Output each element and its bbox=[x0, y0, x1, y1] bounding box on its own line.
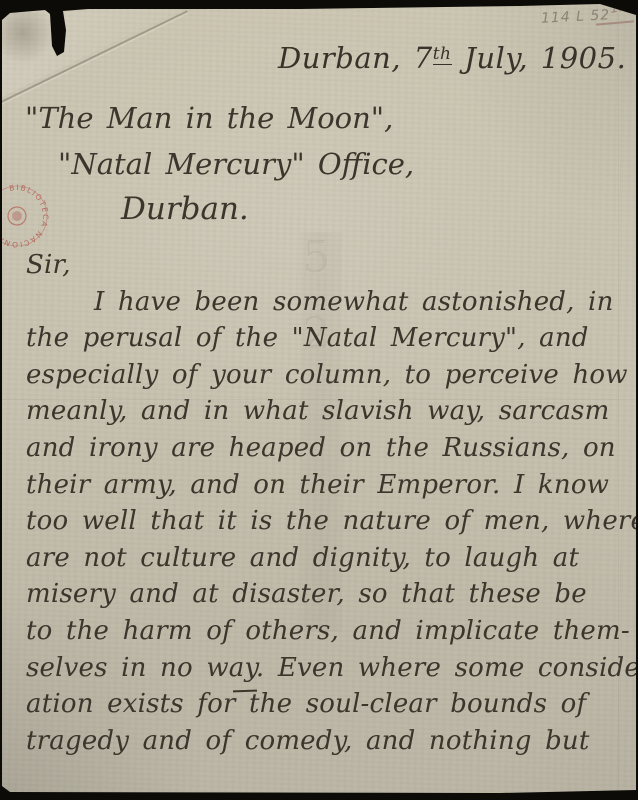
dateline: Durban, 7th July, 1905. bbox=[278, 41, 626, 75]
body-line: the perusal of the "Natal Mercury", and bbox=[26, 323, 622, 360]
recipient-line-3: Durban. bbox=[121, 191, 249, 227]
letter-body: Sir, I have been somewhat astonished, in… bbox=[26, 250, 622, 762]
svg-text:BIBLIOTECA NACIONAL: BIBLIOTECA NACIONAL bbox=[0, 172, 63, 263]
body-line: their army, and on their Emperor. I know bbox=[26, 470, 622, 507]
body-line: I have been somewhat astonished, in bbox=[26, 287, 622, 324]
body-line: ation exists for the soul-clear bounds o… bbox=[26, 689, 622, 726]
body-line: tragedy and of comedy, and nothing but bbox=[26, 726, 622, 763]
body-line: are not culture and dignity, to laugh at bbox=[26, 543, 622, 580]
body-line: misery and at disaster, so that these be bbox=[26, 579, 622, 616]
dateline-city-day: Durban, 7 bbox=[278, 41, 433, 75]
scanned-letter-page: 114 L 52 1. BIBLIOTECA NACIONAL 52 Durba… bbox=[0, 0, 638, 800]
dateline-ordinal: th bbox=[433, 44, 452, 65]
recipient-line-1: "The Man in the Moon", bbox=[25, 101, 393, 135]
body-line: meanly, and in what slavish way, sarcasm bbox=[26, 396, 622, 433]
body-line: and irony are heaped on the Russians, on bbox=[26, 433, 622, 470]
pencil-page-number: 1. bbox=[609, 0, 624, 17]
body-line: too well that it is the nature of men, w… bbox=[26, 506, 622, 543]
body-line: selves in no way. Even where some consid… bbox=[26, 653, 622, 690]
recipient-line-2: "Natal Mercury" Office, bbox=[58, 147, 414, 181]
corner-smudge bbox=[2, 12, 54, 64]
stamp-text: BIBLIOTECA NACIONAL bbox=[0, 172, 63, 263]
body-line: to the harm of others, and implicate the… bbox=[26, 616, 622, 653]
dateline-month-year: July, 1905. bbox=[452, 41, 627, 75]
stamp-emblem-center bbox=[10, 209, 24, 223]
salutation: Sir, bbox=[26, 250, 622, 287]
body-line: especially of your column, to perceive h… bbox=[26, 360, 622, 397]
paper-sheet: 114 L 52 1. BIBLIOTECA NACIONAL 52 Durba… bbox=[0, 0, 638, 800]
